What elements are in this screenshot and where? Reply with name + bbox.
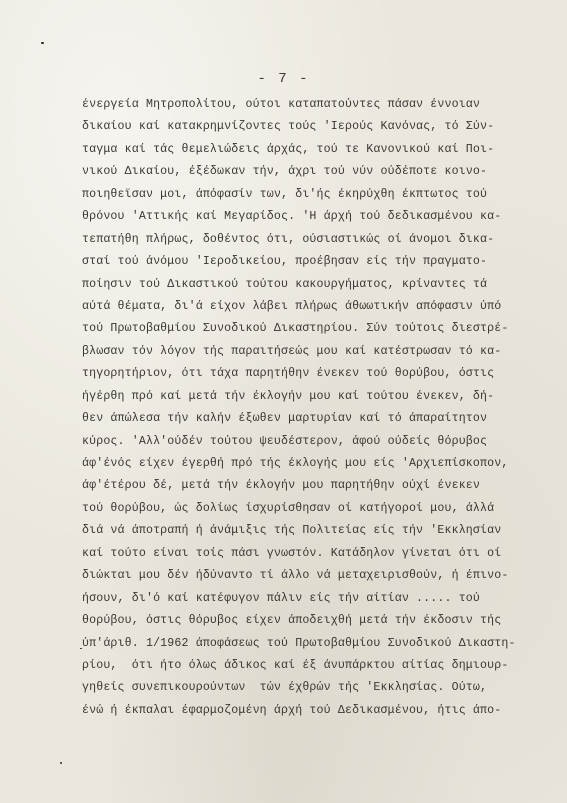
text-line: ύπ'άριθ. 1/1962 άποφάσεως τού Πρωτοβαθμί… [82, 633, 552, 655]
text-line: ποίησιν τού Δικαστικού τούτου κακουργήμα… [82, 274, 552, 296]
text-line: καί τούτο είναι τοίς πάσι γνωστόν. Κατάδ… [82, 543, 552, 565]
text-line: ήγέρθη πρό καί μετά τήν έκλογήν μου καί … [82, 386, 552, 408]
text-line: νικού Δικαίου, έξέδωκαν τήν, άχρι τού νύ… [82, 161, 552, 183]
typewritten-page: - 7 - ένεργεία Μητροπολίτου, ούτοι καταπ… [0, 0, 567, 803]
text-line: δικαίου καί κατακρημνίζοντες τούς 'Ιερού… [82, 116, 552, 138]
text-line: ήσουν, δι'ό καί κατέφυγον πάλιν είς τήν … [82, 588, 552, 610]
text-line: άφ'έτέρου δέ, μετά τήν έκλογήν μου παρητ… [82, 475, 552, 497]
text-line: σταί τού άνόμου 'Ιεροδικείου, προέβησαν … [82, 251, 552, 273]
text-line: γηθείς συνεπικουρούντων τών έχθρών τής '… [82, 677, 552, 699]
text-line: θεν άπώλεσα τήν καλήν έξωθεν μαρτυρίαν κ… [82, 408, 552, 430]
ink-speck [41, 42, 44, 44]
text-line: κύρος. 'Αλλ'ούδέν τούτου ψευδέστερον, άφ… [82, 431, 552, 453]
text-line: θρόνου 'Αττικής καί Μεγαρίδος. 'Η άρχή τ… [82, 206, 552, 228]
text-line: ποιηθεϊσαν μοι, άπόφασίν των, δι'ής έκηρ… [82, 184, 552, 206]
text-line: θορύβου, όστις θόρυβος είχεν άποδειχθή μ… [82, 610, 552, 632]
text-line: αύτά θέματα, δι'ά είχον λάβει πλήρως άθω… [82, 296, 552, 318]
text-line: τεπατήθη πλήρως, δοθέντος ότι, ούσιαστικ… [82, 229, 552, 251]
text-line: διά νά άποτραπή ή άνάμιξις τής Πολιτείας… [82, 520, 552, 542]
text-line: ταγμα καί τάς θεμελιώδεις άρχάς, τού τε … [82, 139, 552, 161]
ink-speck [60, 762, 62, 764]
text-line: ρίου, ότι ήτο όλως άδικος καί έξ άνυπάρκ… [82, 655, 552, 677]
text-line: διώκται μου δέν ήδύναντο τί άλλο νά μετα… [82, 565, 552, 587]
text-line: τού θορύβου, ώς δολίως ίσχυρίσθησαν οί κ… [82, 498, 552, 520]
text-line: τηγορητήριον, ότι τάχα παρητήθην ένεκεν … [82, 363, 552, 385]
body-text: ένεργεία Μητροπολίτου, ούτοι καταπατούντ… [82, 94, 552, 722]
text-line: βλωσαν τόν λόγον τής παραιτήσεώς μου καί… [82, 341, 552, 363]
text-line: ένώ ή έκπαλαι έφαρμοζομένη άρχή τού Δεδι… [82, 700, 552, 722]
text-line: άφ'ένός είχεν έγερθή πρό τής έκλογής μου… [82, 453, 552, 475]
page-number: - 7 - [0, 71, 567, 87]
text-line: ένεργεία Μητροπολίτου, ούτοι καταπατούντ… [82, 94, 552, 116]
text-line: τού Πρωτοβαθμίου Συνοδικού Δικαστηρίου. … [82, 318, 552, 340]
